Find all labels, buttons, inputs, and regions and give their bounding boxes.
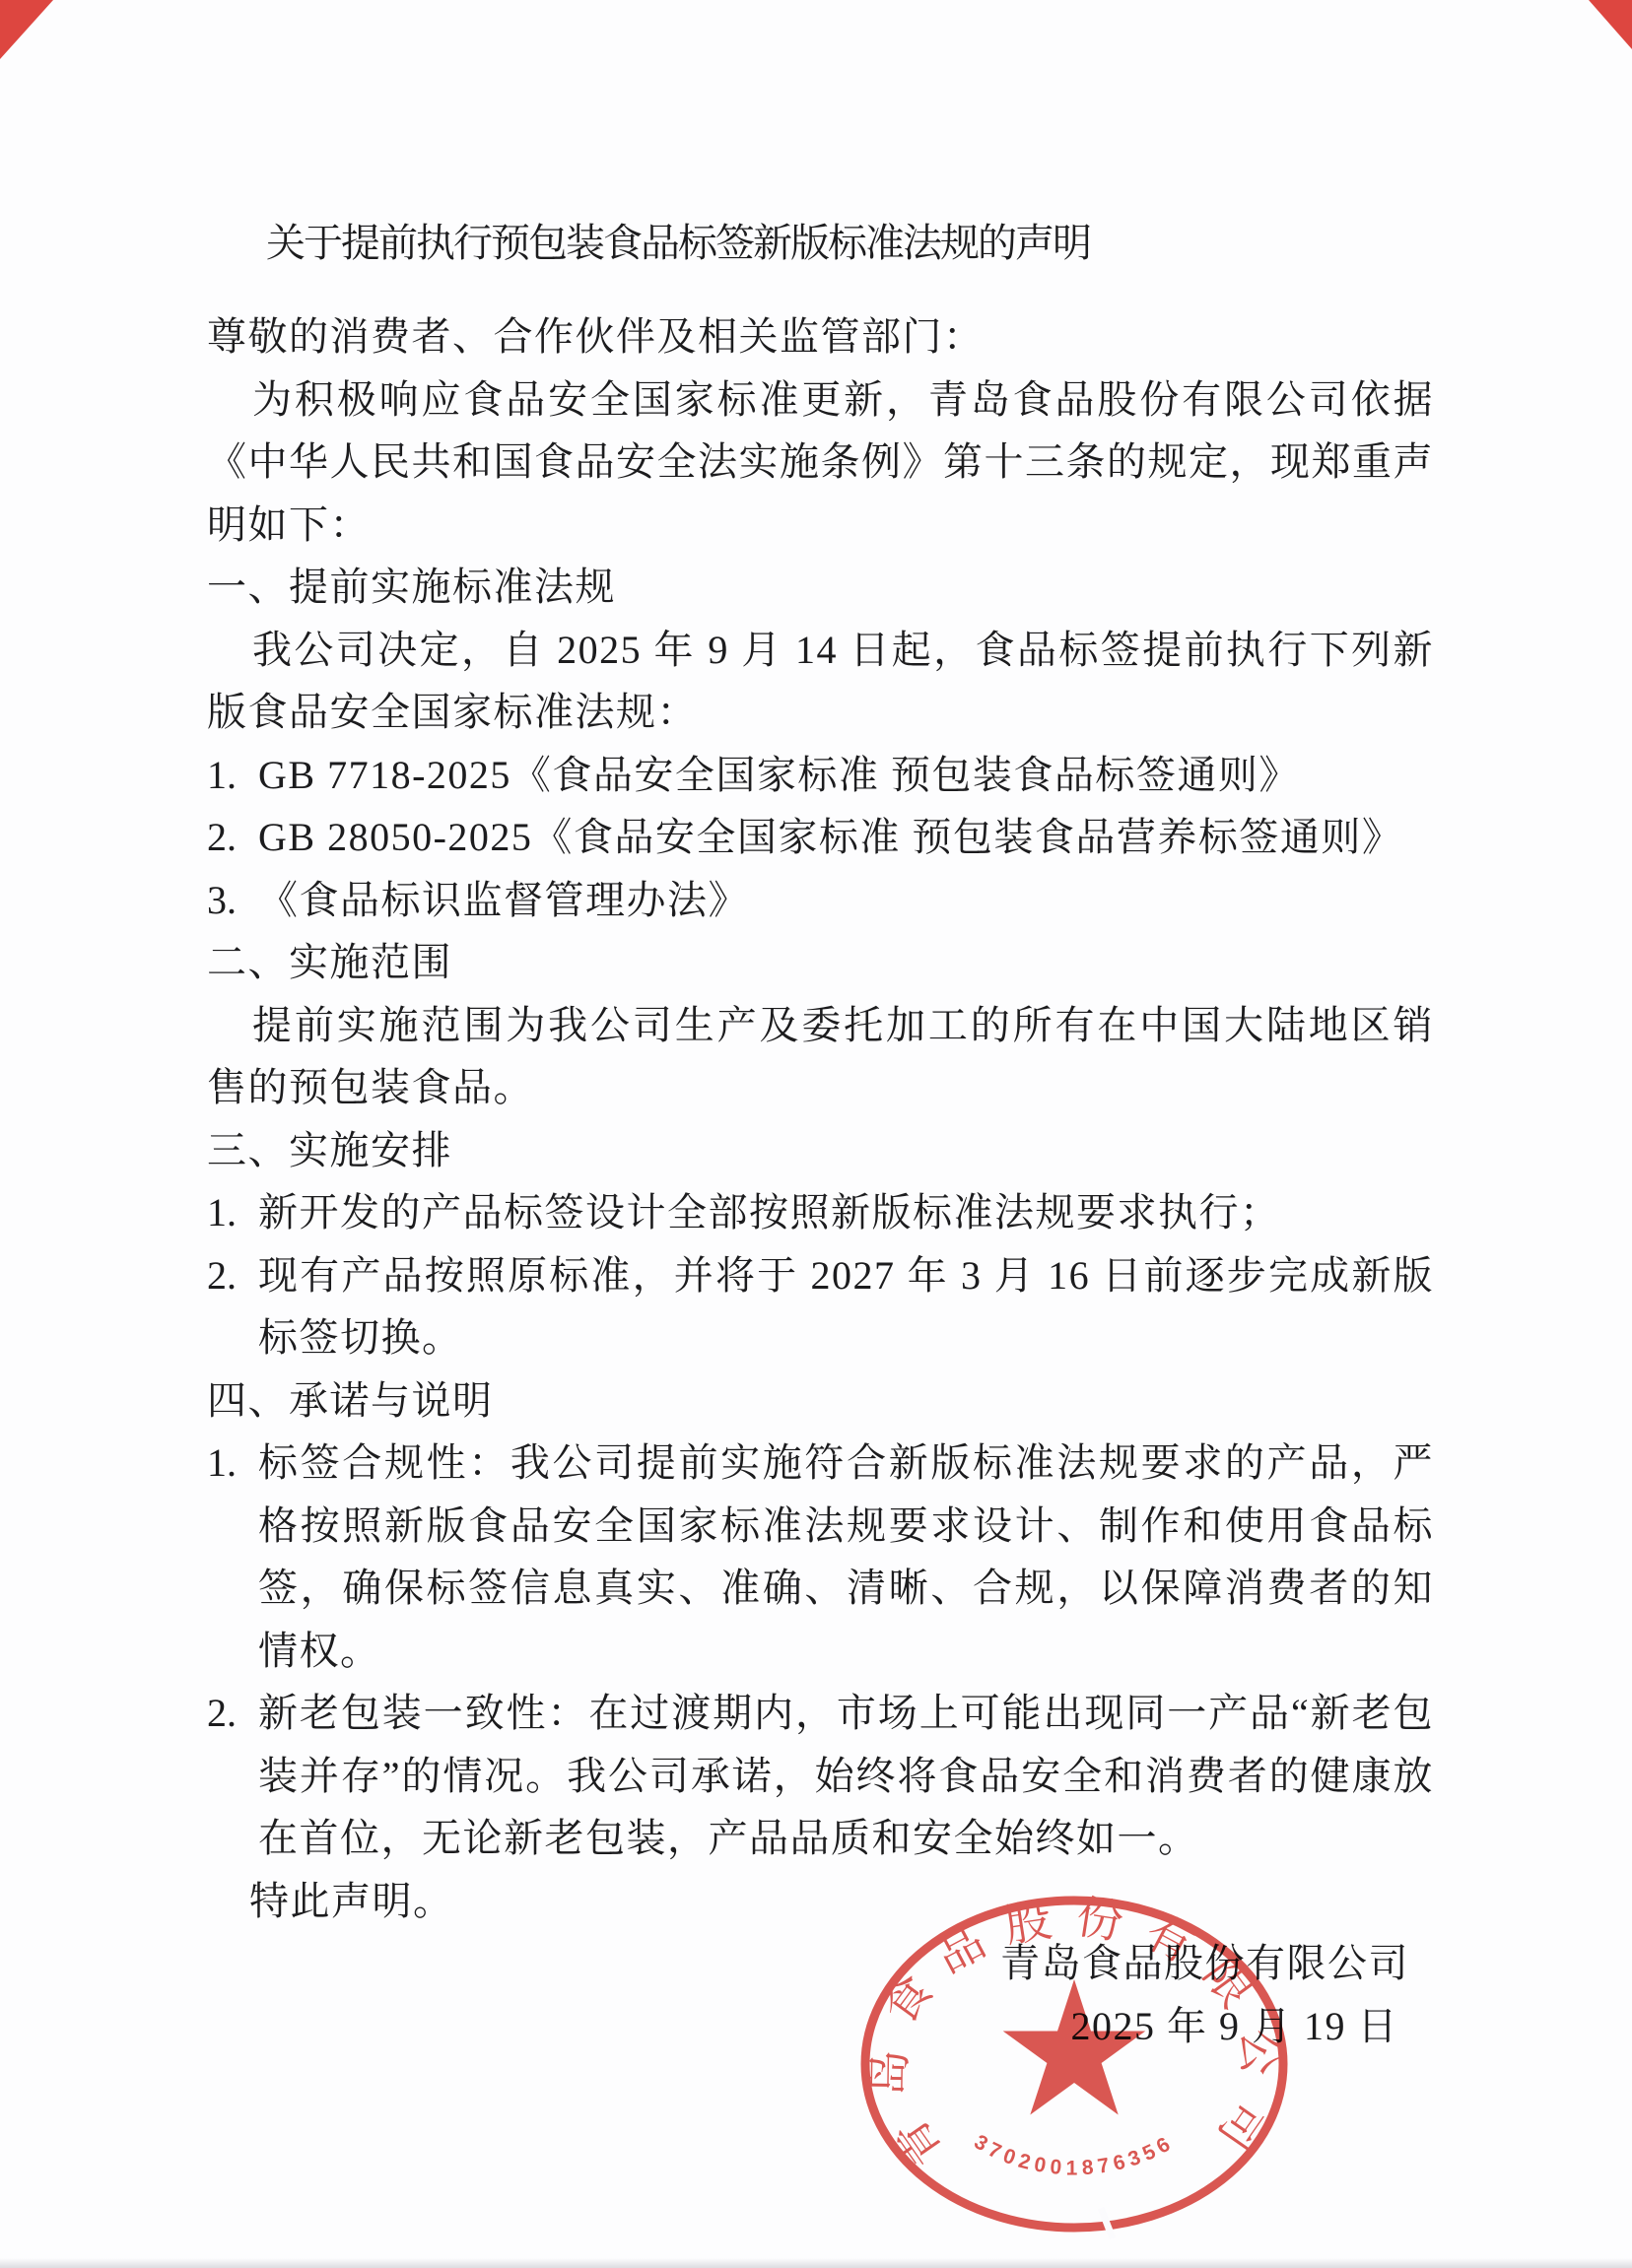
section-three-heading: 三、实施安排 — [207, 1119, 1434, 1182]
section-four-heading: 四、承诺与说明 — [207, 1369, 1434, 1433]
list-item-text: 标签合规性：我公司提前实施符合新版标准法规要求的产品，严格按照新版食品安全国家标… — [258, 1440, 1434, 1673]
list-item-number: 3. — [207, 869, 237, 932]
list-item-text: 现有产品按照原标准，并将于 2027 年 3 月 16 日前逐步完成新版标签切换… — [258, 1253, 1434, 1361]
signature-company: 青岛食品股份有限公司 — [207, 1932, 1409, 1995]
intro-paragraph: 为积极响应食品安全国家标准更新，青岛食品股份有限公司依据《中华人民共和国食品安全… — [207, 368, 1434, 557]
arrangement-list-item: 1. 新开发的产品标签设计全部按照新版标准法规要求执行； — [207, 1181, 1434, 1244]
scanned-document: 关于提前执行预包装食品标签新版标准法规的声明 尊敬的消费者、合作伙伴及相关监管部… — [0, 0, 1632, 2268]
list-item-text: 新开发的产品标签设计全部按照新版标准法规要求执行； — [258, 1190, 1281, 1234]
commitment-list-item: 2. 新老包装一致性：在过渡期内，市场上可能出现同一产品“新老包装并存”的情况。… — [207, 1682, 1434, 1870]
list-item-text: 新老包装一致性：在过渡期内，市场上可能出现同一产品“新老包装并存”的情况。我公司… — [258, 1691, 1434, 1860]
list-item-number: 1. — [207, 1181, 237, 1244]
scope-paragraph: 提前实施范围为我公司生产及委托加工的所有在中国大陆地区销售的预包装食品。 — [207, 994, 1434, 1119]
standard-list-item: 3. 《食品标识监督管理办法》 — [207, 869, 1434, 932]
seal-serial-number: 3702001876356 — [970, 2130, 1178, 2179]
list-item-number: 1. — [207, 1432, 237, 1495]
scan-bottom-shadow — [0, 2258, 1632, 2268]
seal-notch — [1101, 2208, 1113, 2238]
signature-block: 青岛食品股份有限公司 2025 年 9 月 19 日 — [207, 1932, 1434, 2057]
document-body: 关于提前执行预包装食品标签新版标准法规的声明 尊敬的消费者、合作伙伴及相关监管部… — [0, 0, 1632, 2057]
standard-list-item: 2. GB 28050-2025《食品安全国家标准 预包装食品营养标签通则》 — [207, 806, 1434, 869]
list-item-number: 2. — [207, 1682, 237, 1745]
document-title: 关于提前执行预包装食品标签新版标准法规的声明 — [266, 219, 1434, 268]
list-item-text: 《食品标识监督管理办法》 — [258, 878, 749, 922]
signature-date: 2025 年 9 月 19 日 — [207, 1995, 1398, 2058]
section-two-heading: 二、实施范围 — [207, 931, 1434, 994]
salutation: 尊敬的消费者、合作伙伴及相关监管部门： — [207, 305, 1434, 368]
commitment-list-item: 1. 标签合规性：我公司提前实施符合新版标准法规要求的产品，严格按照新版食品安全… — [207, 1432, 1434, 1682]
scan-corner-mark-top-left-icon — [0, 0, 53, 59]
list-item-number: 1. — [207, 744, 237, 807]
standard-list-item: 1. GB 7718-2025《食品安全国家标准 预包装食品标签通则》 — [207, 744, 1434, 807]
list-item-number: 2. — [207, 1244, 237, 1307]
section-one-heading: 一、提前实施标准法规 — [207, 556, 1434, 619]
decision-paragraph: 我公司决定，自 2025 年 9 月 14 日起，食品标签提前执行下列新版食品安… — [207, 619, 1434, 744]
closing-statement: 特此声明。 — [207, 1870, 1434, 1933]
list-item-text: GB 28050-2025《食品安全国家标准 预包装食品营养标签通则》 — [258, 815, 1402, 859]
list-item-text: GB 7718-2025《食品安全国家标准 预包装食品标签通则》 — [258, 753, 1300, 797]
list-item-number: 2. — [207, 806, 237, 869]
arrangement-list-item: 2. 现有产品按照原标准，并将于 2027 年 3 月 16 日前逐步完成新版标… — [207, 1244, 1434, 1369]
scan-corner-mark-top-right-icon — [1589, 0, 1632, 49]
